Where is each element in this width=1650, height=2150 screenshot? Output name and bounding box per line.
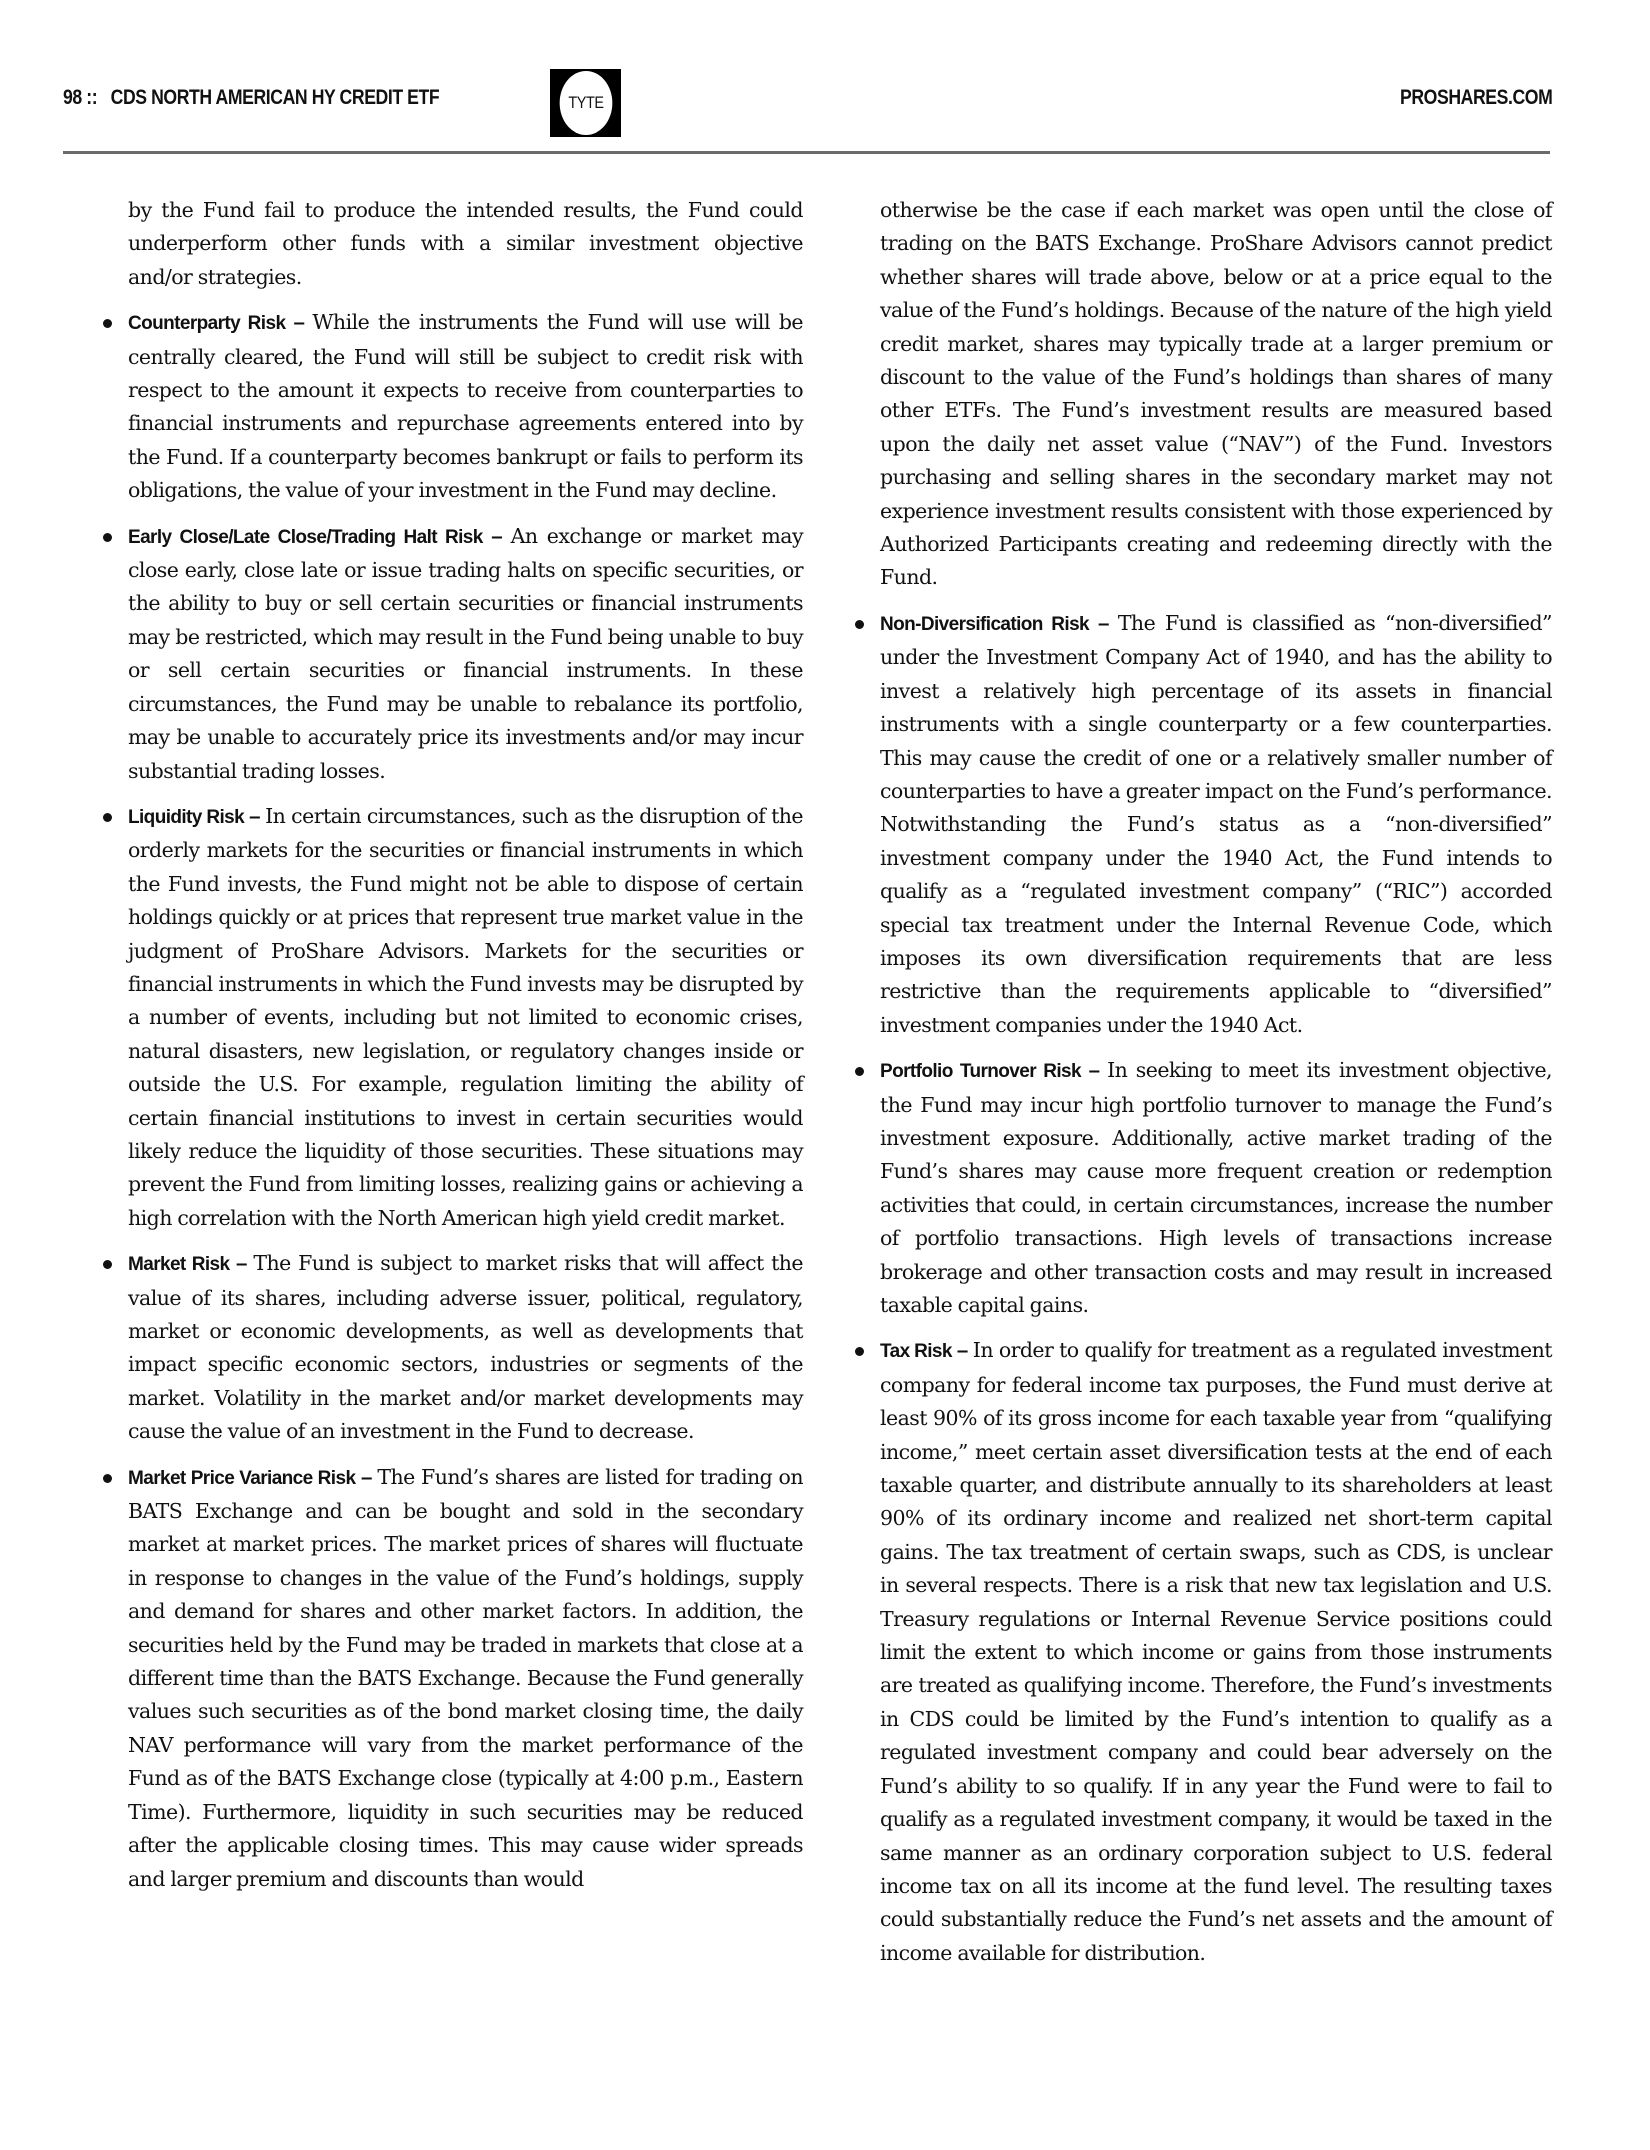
risk-item-counterparty: Counterparty Risk – While the instrument… [128,306,803,507]
right-column: otherwise be the case if each market was… [880,194,1552,1982]
continued-paragraph: by the Fund fail to produce the intended… [128,194,803,294]
risk-item-market-price-variance: Market Price Variance Risk – The Fund’s … [128,1461,803,1896]
risk-title: Market Risk [128,1254,229,1275]
header-divider [63,151,1550,154]
risk-title: Market Price Variance Risk [128,1468,355,1489]
page-number: 98 [63,86,82,109]
bullet-icon [103,813,112,822]
page-header: 98 :: CDS NORTH AMERICAN HY CREDIT ETF T… [0,0,1650,160]
bullet-icon [103,1474,112,1483]
bullet-icon [855,1347,864,1356]
header-separator: :: [86,86,97,109]
risk-text: The Fund is classified as “non-diversifi… [880,611,1552,1037]
risk-title: Non-Diversification Risk [880,614,1089,635]
bullet-icon [103,319,112,328]
risk-text: In seeking to meet its investment object… [880,1058,1552,1317]
bullet-icon [855,620,864,629]
risk-title: Liquidity Risk [128,807,244,828]
ticker-badge: TYTE [550,69,621,137]
bullet-icon [855,1067,864,1076]
risk-item-portfolio-turnover: Portfolio Turnover Risk – In seeking to … [880,1054,1552,1322]
fund-title: CDS NORTH AMERICAN HY CREDIT ETF [111,86,440,109]
bullet-icon [103,1260,112,1269]
risk-title: Early Close/Late Close/Trading Halt Risk [128,527,483,548]
risk-text: The Fund is subject to market risks that… [128,1251,803,1443]
risk-text: In certain circumstances, such as the di… [128,804,803,1230]
risk-text: The Fund’s shares are listed for trad­in… [128,1465,803,1891]
risk-text: An exchange or market may close early, c… [128,524,803,783]
bullet-icon [103,533,112,542]
risk-item-non-diversification: Non-Diversification Risk – The Fund is c… [880,607,1552,1042]
website-link[interactable]: PROSHARES.COM [1400,86,1552,110]
risk-title: Tax Risk [880,1341,952,1362]
risk-title: Counterparty Risk [128,313,285,334]
risk-item-market: Market Risk – The Fund is subject to mar… [128,1247,803,1448]
risk-item-early-close: Early Close/Late Close/Trading Halt Risk… [128,520,803,788]
continued-paragraph: otherwise be the case if each market was… [880,194,1552,595]
risk-text: In order to qualify for treatment as a r… [880,1338,1552,1964]
ticker-label: TYTE [559,71,612,135]
running-head: 98 :: CDS NORTH AMERICAN HY CREDIT ETF [63,86,439,110]
risk-text: While the instruments the Fund will use … [128,310,803,502]
left-column: by the Fund fail to produce the intended… [128,194,803,1908]
risk-item-liquidity: Liquidity Risk – In certain circumstance… [128,800,803,1235]
risk-item-tax: Tax Risk – In order to qualify for treat… [880,1334,1552,1970]
risk-title: Portfolio Turnover Risk [880,1061,1081,1082]
